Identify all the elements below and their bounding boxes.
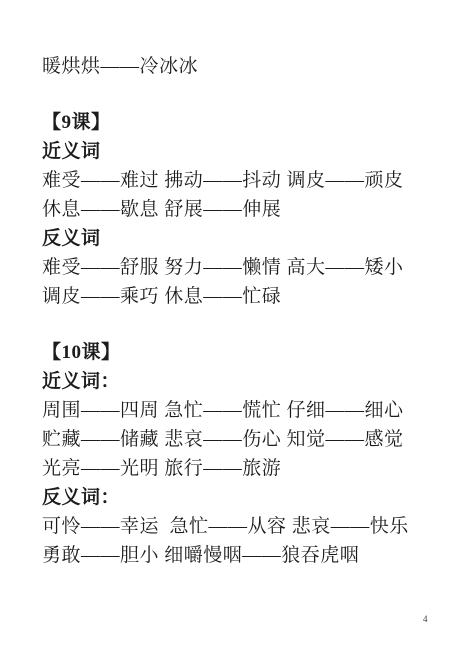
lesson-10-synonyms-line: 周围——四周 急忙——慌忙 仔细——细心 — [42, 396, 440, 425]
lesson-9-antonyms-heading: 反义词 — [42, 224, 440, 253]
lesson-10-antonyms-line: 可怜——幸运 急忙——从容 悲哀——快乐 — [42, 512, 440, 541]
lesson-9-synonyms-line: 休息——歇息 舒展——伸展 — [42, 195, 440, 224]
lesson-10-synonyms-heading: 近义词： — [42, 367, 440, 396]
lesson-9-title: 【9课】 — [42, 108, 440, 137]
word-pair-intro-line: 暖烘烘——冷冰冰 — [42, 52, 440, 81]
lesson-10-synonyms-line: 贮藏——储藏 悲哀——伤心 知觉——感觉 — [42, 425, 440, 454]
lesson-10-antonyms-heading: 反义词： — [42, 483, 440, 512]
section-lesson-9: 【9课】 近义词 难受——难过 拂动——抖动 调皮——顽皮 休息——歇息 舒展—… — [42, 108, 440, 311]
lesson-10-title: 【10课】 — [42, 338, 440, 367]
lesson-9-antonyms-line: 难受——舒服 努力——懒情 高大——矮小 — [42, 253, 440, 282]
lesson-10-synonyms-line: 光亮——光明 旅行——旅游 — [42, 454, 440, 483]
page-number: 4 — [423, 613, 428, 625]
document-page-content: 暖烘烘——冷冰冰 【9课】 近义词 难受——难过 拂动——抖动 调皮——顽皮 休… — [42, 52, 440, 570]
section-lesson-10: 【10课】 近义词： 周围——四周 急忙——慌忙 仔细——细心 贮藏——储藏 悲… — [42, 338, 440, 570]
lesson-9-antonyms-line: 调皮——乘巧 休息——忙碌 — [42, 282, 440, 311]
lesson-9-synonyms-line: 难受——难过 拂动——抖动 调皮——顽皮 — [42, 166, 440, 195]
lesson-9-synonyms-heading: 近义词 — [42, 137, 440, 166]
lesson-10-antonyms-line: 勇敢——胆小 细嚼慢咽——狼吞虎咽 — [42, 541, 440, 570]
